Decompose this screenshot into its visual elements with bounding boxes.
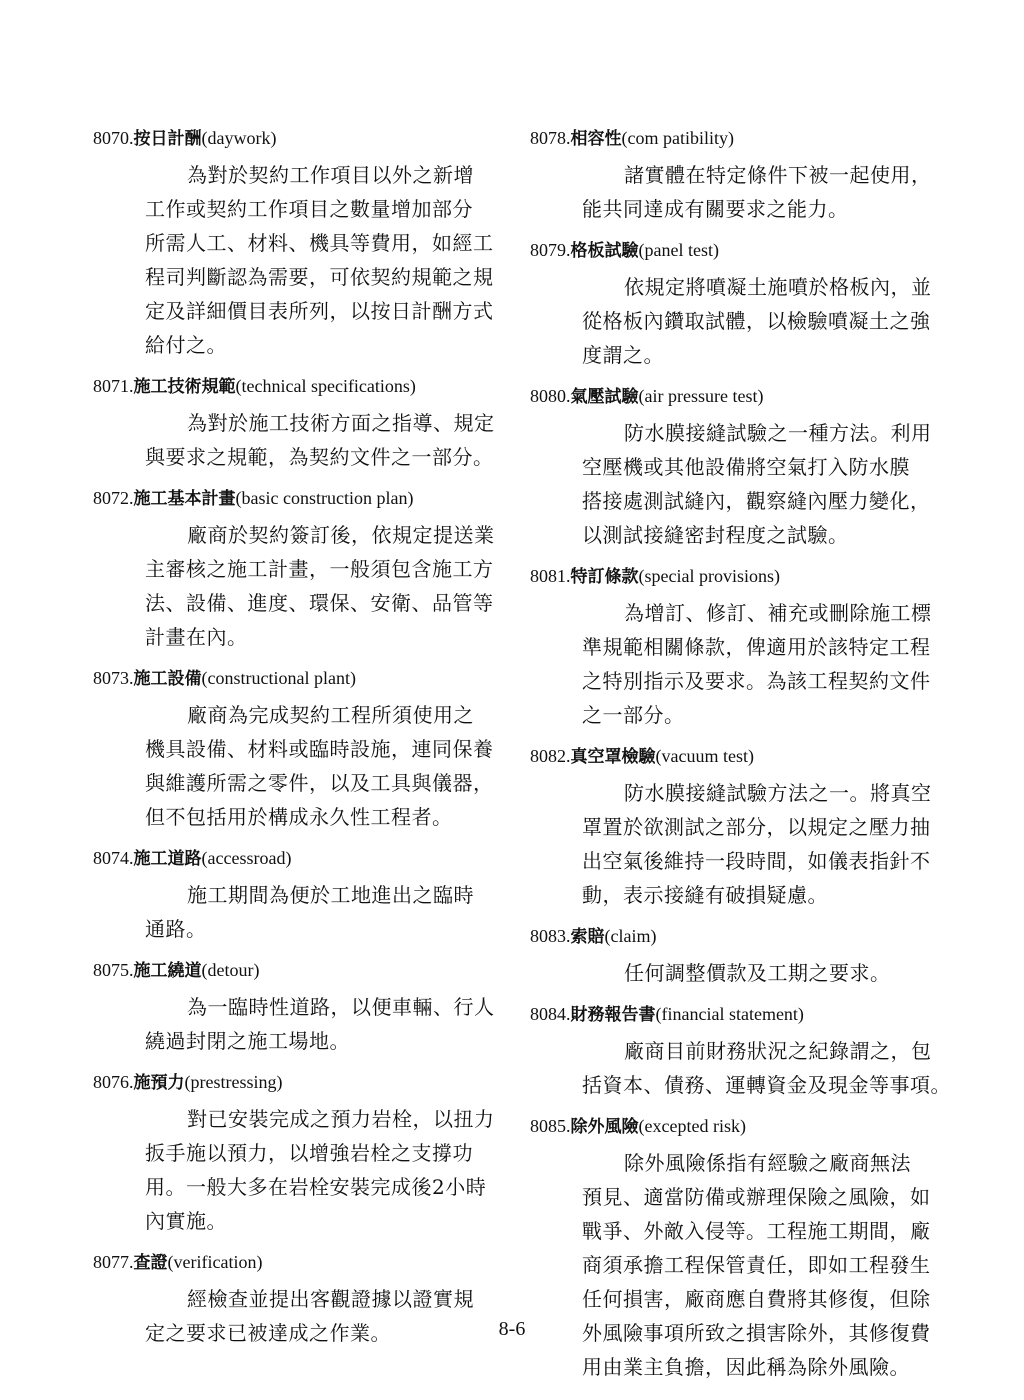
definition-line: 出空氣後維持一段時間，如儀表指針不 xyxy=(582,844,934,878)
glossary-entry: 8075.施工繞道(detour)為一臨時性道路，以便車輛、行人繞過封閉之施工場… xyxy=(93,956,513,1058)
entry-definition: 防水膜接縫試驗之一種方法。利用空壓機或其他設備將空氣打入防水膜搭接處測試縫內，觀… xyxy=(530,416,934,552)
definition-line: 戰爭、外敵入侵等。工程施工期間，廠 xyxy=(582,1214,934,1248)
definition-line: 空壓機或其他設備將空氣打入防水膜 xyxy=(582,450,934,484)
entry-code: 8085. xyxy=(530,1116,571,1136)
entry-term-english: (accessroad) xyxy=(202,848,292,868)
definition-line: 防水膜接縫試驗方法之一。將真空 xyxy=(582,776,934,810)
entry-definition: 廠商目前財務狀況之紀錄謂之，包括資本、債務、運轉資金及現金等事項。 xyxy=(530,1034,934,1102)
definition-line: 為對於契約工作項目以外之新增 xyxy=(145,158,497,192)
entry-code: 8081. xyxy=(530,566,571,586)
entry-term-english: (com patibility) xyxy=(622,128,734,148)
definition-line: 工作或契約工作項目之數量增加部分 xyxy=(145,192,497,226)
glossary-entry: 8070.按日計酬(daywork)為對於契約工作項目以外之新增工作或契約工作項… xyxy=(93,124,513,362)
definition-line: 諸實體在特定條件下被一起使用， xyxy=(582,158,934,192)
definition-line: 預見、適當防備或辦理保險之風險，如 xyxy=(582,1180,934,1214)
glossary-entry: 8079.格板試驗(panel test)依規定將噴凝土施噴於格板內，並從格板內… xyxy=(530,236,950,372)
entry-definition: 諸實體在特定條件下被一起使用，能共同達成有關要求之能力。 xyxy=(530,158,934,226)
entry-term-english: (prestressing) xyxy=(185,1072,283,1092)
entry-term-chinese: 索賠 xyxy=(571,927,605,947)
definition-line: 以測試接縫密封程度之試驗。 xyxy=(582,518,934,552)
definition-line: 與維護所需之零件，以及工具與儀器， xyxy=(145,766,497,800)
entry-code: 8077. xyxy=(93,1252,134,1272)
entry-term-chinese: 財務報告書 xyxy=(571,1005,656,1025)
glossary-entry: 8071.施工技術規範(technical specifications)為對於… xyxy=(93,372,513,474)
entry-term-english: (financial statement) xyxy=(656,1004,804,1024)
glossary-entry: 8084.財務報告書(financial statement)廠商目前財務狀況之… xyxy=(530,1000,950,1102)
page-number: 8-6 xyxy=(0,1318,1024,1341)
definition-line: 之特別指示及要求。為該工程契約文件 xyxy=(582,664,934,698)
definition-line: 能共同達成有關要求之能力。 xyxy=(582,192,934,226)
entry-code: 8079. xyxy=(530,240,571,260)
definition-line: 但不包括用於構成永久性工程者。 xyxy=(145,800,497,834)
definition-line: 內實施。 xyxy=(145,1204,497,1238)
definition-line: 給付之。 xyxy=(145,328,497,362)
entry-term-english: (panel test) xyxy=(639,240,719,260)
entry-term: 8072.施工基本計畫(basic construction plan) xyxy=(93,484,513,512)
definition-line: 商須承擔工程保管責任，即如工程發生 xyxy=(582,1248,934,1282)
entry-term-chinese: 施工道路 xyxy=(134,849,202,869)
definition-line: 施工期間為便於工地進出之臨時 xyxy=(145,878,497,912)
definition-line: 準規範相關條款，俾適用於該特定工程 xyxy=(582,630,934,664)
definition-line: 定及詳細價目表所列，以按日計酬方式 xyxy=(145,294,497,328)
glossary-entry: 8072.施工基本計畫(basic construction plan)廠商於契… xyxy=(93,484,513,654)
entry-term-english: (excepted risk) xyxy=(639,1116,746,1136)
entry-term-chinese: 真空罩檢驗 xyxy=(571,747,656,767)
definition-line: 用。一般大多在岩栓安裝完成後2小時 xyxy=(145,1170,497,1204)
entry-term-chinese: 特訂條款 xyxy=(571,567,639,587)
entry-term: 8077.查證(verification) xyxy=(93,1248,513,1276)
entry-term: 8085.除外風險(excepted risk) xyxy=(530,1112,950,1140)
entry-code: 8078. xyxy=(530,128,571,148)
entry-term: 8075.施工繞道(detour) xyxy=(93,956,513,984)
entry-term: 8073.施工設備(constructional plant) xyxy=(93,664,513,692)
glossary-entry: 8083.索賠(claim)任何調整價款及工期之要求。 xyxy=(530,922,950,990)
entry-term-chinese: 施工基本計畫 xyxy=(134,489,236,509)
entry-term-english: (claim) xyxy=(605,926,657,946)
entry-term-chinese: 施工技術規範 xyxy=(134,377,236,397)
entry-code: 8084. xyxy=(530,1004,571,1024)
definition-line: 為對於施工技術方面之指導、規定 xyxy=(145,406,497,440)
glossary-entry: 8073.施工設備(constructional plant)廠商為完成契約工程… xyxy=(93,664,513,834)
entry-term-english: (basic construction plan) xyxy=(236,488,414,508)
entry-term-english: (daywork) xyxy=(202,128,277,148)
entry-definition: 廠商於契約簽訂後，依規定提送業主審核之施工計畫，一般須包含施工方法、設備、進度、… xyxy=(93,518,497,654)
definition-line: 為一臨時性道路，以便車輛、行人 xyxy=(145,990,497,1024)
entry-code: 8082. xyxy=(530,746,571,766)
definition-line: 廠商於契約簽訂後，依規定提送業 xyxy=(145,518,497,552)
entry-term-chinese: 施工繞道 xyxy=(134,961,202,981)
document-page: 8070.按日計酬(daywork)為對於契約工作項目以外之新增工作或契約工作項… xyxy=(0,0,1024,1400)
right-column: 8078.相容性(com patibility)諸實體在特定條件下被一起使用，能… xyxy=(530,124,950,1394)
left-column: 8070.按日計酬(daywork)為對於契約工作項目以外之新增工作或契約工作項… xyxy=(93,124,513,1360)
definition-line: 從格板內鑽取試體，以檢驗噴凝土之強 xyxy=(582,304,934,338)
definition-line: 計畫在內。 xyxy=(145,620,497,654)
entry-term: 8076.施預力(prestressing) xyxy=(93,1068,513,1096)
definition-line: 對已安裝完成之預力岩栓，以扭力 xyxy=(145,1102,497,1136)
definition-line: 罩置於欲測試之部分，以規定之壓力抽 xyxy=(582,810,934,844)
definition-line: 除外風險係指有經驗之廠商無法 xyxy=(582,1146,934,1180)
definition-line: 用由業主負擔，因此稱為除外風險。 xyxy=(582,1350,934,1384)
definition-line: 機具設備、材料或臨時設施，連同保養 xyxy=(145,732,497,766)
definition-line: 所需人工、材料、機具等費用，如經工 xyxy=(145,226,497,260)
definition-line: 程司判斷認為需要，可依契約規範之規 xyxy=(145,260,497,294)
definition-line: 與要求之規範，為契約文件之一部分。 xyxy=(145,440,497,474)
entry-term-chinese: 相容性 xyxy=(571,129,622,149)
entry-term-chinese: 查證 xyxy=(134,1253,168,1273)
entry-term-english: (constructional plant) xyxy=(202,668,356,688)
definition-line: 廠商為完成契約工程所須使用之 xyxy=(145,698,497,732)
glossary-entry: 8076.施預力(prestressing)對已安裝完成之預力岩栓，以扭力扳手施… xyxy=(93,1068,513,1238)
definition-line: 任何調整價款及工期之要求。 xyxy=(582,956,934,990)
entry-code: 8083. xyxy=(530,926,571,946)
definition-line: 動，表示接縫有破損疑慮。 xyxy=(582,878,934,912)
definition-line: 搭接處測試縫內，觀察縫內壓力變化， xyxy=(582,484,934,518)
definition-line: 主審核之施工計畫，一般須包含施工方 xyxy=(145,552,497,586)
entry-definition: 依規定將噴凝土施噴於格板內，並從格板內鑽取試體，以檢驗噴凝土之強度謂之。 xyxy=(530,270,934,372)
entry-term-chinese: 除外風險 xyxy=(571,1117,639,1137)
entry-definition: 除外風險係指有經驗之廠商無法預見、適當防備或辦理保險之風險，如戰爭、外敵入侵等。… xyxy=(530,1146,934,1384)
glossary-entry: 8082.真空罩檢驗(vacuum test)防水膜接縫試驗方法之一。將真空罩置… xyxy=(530,742,950,912)
entry-term: 8079.格板試驗(panel test) xyxy=(530,236,950,264)
definition-line: 防水膜接縫試驗之一種方法。利用 xyxy=(582,416,934,450)
entry-term-english: (technical specifications) xyxy=(236,376,416,396)
entry-term-english: (verification) xyxy=(168,1252,263,1272)
definition-line: 繞過封閉之施工場地。 xyxy=(145,1024,497,1058)
entry-term: 8084.財務報告書(financial statement) xyxy=(530,1000,950,1028)
entry-term-chinese: 按日計酬 xyxy=(134,129,202,149)
entry-term: 8081.特訂條款(special provisions) xyxy=(530,562,950,590)
entry-term: 8083.索賠(claim) xyxy=(530,922,950,950)
entry-code: 8073. xyxy=(93,668,134,688)
entry-definition: 對已安裝完成之預力岩栓，以扭力扳手施以預力，以增強岩栓之支撐功用。一般大多在岩栓… xyxy=(93,1102,497,1238)
glossary-entry: 8085.除外風險(excepted risk)除外風險係指有經驗之廠商無法預見… xyxy=(530,1112,950,1384)
entry-term: 8082.真空罩檢驗(vacuum test) xyxy=(530,742,950,770)
entry-term-english: (detour) xyxy=(202,960,260,980)
entry-term: 8074.施工道路(accessroad) xyxy=(93,844,513,872)
entry-term-chinese: 氣壓試驗 xyxy=(571,387,639,407)
entry-code: 8075. xyxy=(93,960,134,980)
definition-line: 經檢查並提出客觀證據以證實規 xyxy=(145,1282,497,1316)
entry-definition: 廠商為完成契約工程所須使用之機具設備、材料或臨時設施，連同保養與維護所需之零件，… xyxy=(93,698,497,834)
entry-code: 8080. xyxy=(530,386,571,406)
entry-definition: 任何調整價款及工期之要求。 xyxy=(530,956,934,990)
entry-definition: 為對於契約工作項目以外之新增工作或契約工作項目之數量增加部分所需人工、材料、機具… xyxy=(93,158,497,362)
entry-definition: 為增訂、修訂、補充或刪除施工標準規範相關條款，俾適用於該特定工程之特別指示及要求… xyxy=(530,596,934,732)
entry-definition: 防水膜接縫試驗方法之一。將真空罩置於欲測試之部分，以規定之壓力抽出空氣後維持一段… xyxy=(530,776,934,912)
entry-definition: 為對於施工技術方面之指導、規定與要求之規範，為契約文件之一部分。 xyxy=(93,406,497,474)
entry-definition: 為一臨時性道路，以便車輛、行人繞過封閉之施工場地。 xyxy=(93,990,497,1058)
entry-term: 8080.氣壓試驗(air pressure test) xyxy=(530,382,950,410)
definition-line: 為增訂、修訂、補充或刪除施工標 xyxy=(582,596,934,630)
definition-line: 通路。 xyxy=(145,912,497,946)
glossary-entry: 8080.氣壓試驗(air pressure test)防水膜接縫試驗之一種方法… xyxy=(530,382,950,552)
definition-line: 任何損害，廠商應自費將其修復，但除 xyxy=(582,1282,934,1316)
definition-line: 括資本、債務、運轉資金及現金等事項。 xyxy=(582,1068,934,1102)
entry-code: 8076. xyxy=(93,1072,134,1092)
entry-term-chinese: 格板試驗 xyxy=(571,241,639,261)
glossary-entry: 8074.施工道路(accessroad)施工期間為便於工地進出之臨時通路。 xyxy=(93,844,513,946)
entry-definition: 施工期間為便於工地進出之臨時通路。 xyxy=(93,878,497,946)
entry-code: 8072. xyxy=(93,488,134,508)
entry-term: 8071.施工技術規範(technical specifications) xyxy=(93,372,513,400)
definition-line: 之一部分。 xyxy=(582,698,934,732)
glossary-entry: 8078.相容性(com patibility)諸實體在特定條件下被一起使用，能… xyxy=(530,124,950,226)
definition-line: 扳手施以預力，以增強岩栓之支撐功 xyxy=(145,1136,497,1170)
entry-code: 8074. xyxy=(93,848,134,868)
definition-line: 度謂之。 xyxy=(582,338,934,372)
entry-code: 8071. xyxy=(93,376,134,396)
entry-code: 8070. xyxy=(93,128,134,148)
entry-term-chinese: 施工設備 xyxy=(134,669,202,689)
entry-term-chinese: 施預力 xyxy=(134,1073,185,1093)
entry-term: 8078.相容性(com patibility) xyxy=(530,124,950,152)
definition-line: 廠商目前財務狀況之紀錄謂之，包 xyxy=(582,1034,934,1068)
definition-line: 法、設備、進度、環保、安衛、品管等 xyxy=(145,586,497,620)
glossary-entry: 8081.特訂條款(special provisions)為增訂、修訂、補充或刪… xyxy=(530,562,950,732)
entry-term-english: (air pressure test) xyxy=(639,386,764,406)
entry-term-english: (special provisions) xyxy=(639,566,780,586)
entry-term: 8070.按日計酬(daywork) xyxy=(93,124,513,152)
entry-term-english: (vacuum test) xyxy=(656,746,754,766)
definition-line: 依規定將噴凝土施噴於格板內，並 xyxy=(582,270,934,304)
